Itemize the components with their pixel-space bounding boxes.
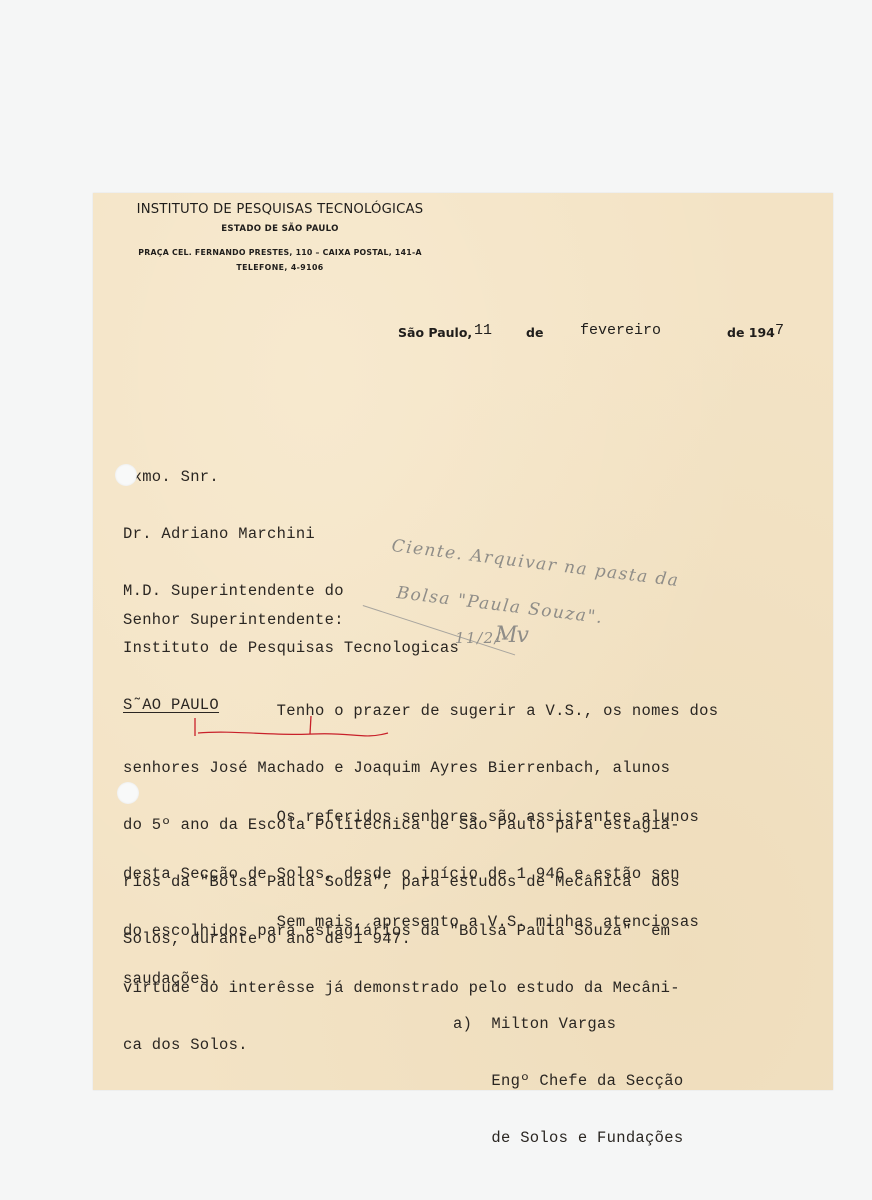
recipient-salutation: Exmo. Snr. — [123, 468, 459, 487]
signer-title: Engº Chefe da Secção — [453, 1072, 683, 1091]
punch-hole-bottom — [117, 782, 139, 804]
punch-hole-top — [115, 464, 137, 486]
paragraph-line: Os referidos senhores são assistentes al… — [123, 808, 699, 827]
dateline-year-prefix: de 194 — [727, 325, 775, 340]
paragraph-line: Sem mais, apresento a V.S. minhas atenci… — [123, 913, 699, 932]
signer-name: a) Milton Vargas — [453, 1015, 683, 1034]
dateline-day: 11 — [474, 322, 492, 339]
dateline-de: de — [526, 325, 543, 340]
institution-address: PRAÇA CEL. FERNANDO PRESTES, 110 – CAIXA… — [107, 248, 453, 257]
dateline-city: São Paulo, — [398, 325, 472, 340]
institution-phone: TELEFONE, 4-9106 — [107, 263, 453, 272]
dateline-year-digit: 7 — [775, 322, 784, 339]
institution-name: INSTITUTO DE PESQUISAS TECNOLÓGICAS — [107, 202, 453, 217]
greeting: Senhor Superintendente: — [123, 611, 344, 630]
dateline-month: fevereiro — [580, 322, 661, 339]
recipient-institution: Instituto de Pesquisas Tecnologicas — [123, 639, 459, 658]
dateline: São Paulo, 11 de fevereiro de 194 7 — [398, 321, 798, 341]
letter-page: INSTITUTO DE PESQUISAS TECNOLÓGICAS ESTA… — [93, 193, 833, 1090]
signer-department: de Solos e Fundações — [453, 1129, 683, 1148]
red-pen-bracket-mark — [193, 716, 393, 748]
signature-block: a) Milton Vargas Engº Chefe da Secção de… — [453, 977, 683, 1186]
state-name: ESTADO DE SÃO PAULO — [107, 224, 453, 234]
pencil-annotation-initials: Mv — [495, 623, 528, 648]
